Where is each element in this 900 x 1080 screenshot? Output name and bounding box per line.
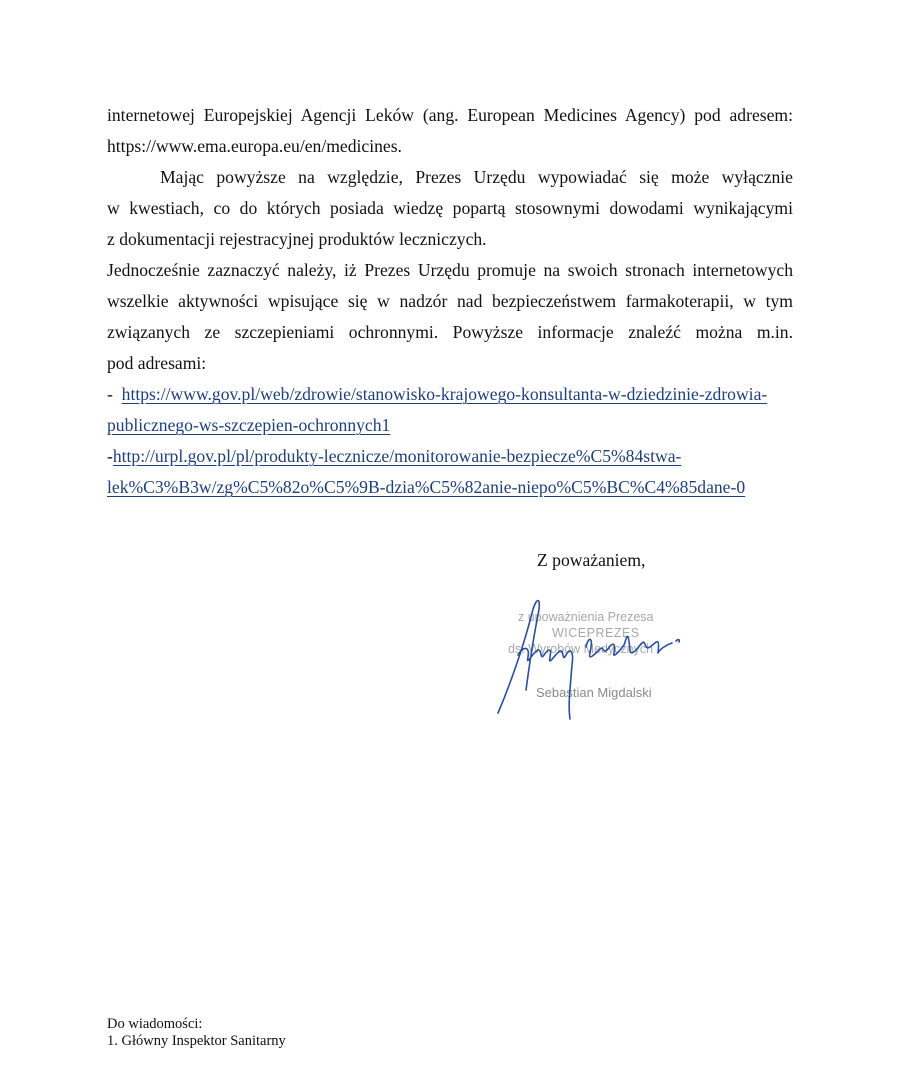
text-line: Jednocześnie zaznaczyć należy, iż Prezes… <box>107 255 793 286</box>
link-gov-pl-line2[interactable]: publicznego-ws-szczepien-ochronnych1 <box>107 415 390 435</box>
link-urpl-line2[interactable]: lek%C3%B3w/zg%C5%82o%C5%9B-dzia%C5%82ani… <box>107 477 745 497</box>
text-line: pod adresami: <box>107 348 793 379</box>
signature-stamp: z upoważnienia Prezesa WICEPREZES ds. Wy… <box>490 595 710 725</box>
text-line: związanych ze szczepieniami ochronnymi. … <box>107 317 793 348</box>
distribution-recipient: 1. Główny Inspektor Sanitarny <box>107 1033 286 1050</box>
link-item: -http://urpl.gov.pl/pl/produkty-lecznicz… <box>107 441 793 472</box>
text-line: z dokumentacji rejestracyjnej produktów … <box>107 224 793 255</box>
text-line: wszelkie aktywności wpisujące się w nadz… <box>107 286 793 317</box>
paragraph-ema: internetowej Europejskiej Agencji Leków … <box>107 100 793 162</box>
link-item-continuation: lek%C3%B3w/zg%C5%82o%C5%9B-dzia%C5%82ani… <box>107 472 793 503</box>
link-gov-pl-line1[interactable]: https://www.gov.pl/web/zdrowie/stanowisk… <box>122 384 768 404</box>
text-line: w kwestiach, co do których posiada wiedz… <box>107 193 793 224</box>
link-item-continuation: publicznego-ws-szczepien-ochronnych1 <box>107 410 793 441</box>
list-dash: - <box>107 384 122 404</box>
link-urpl-line1[interactable]: http://urpl.gov.pl/pl/produkty-lecznicze… <box>113 446 682 466</box>
distribution-heading: Do wiadomości: <box>107 1016 286 1033</box>
document-page: internetowej Europejskiej Agencji Leków … <box>0 0 900 1080</box>
text-line: Mając powyższe na względzie, Prezes Urzę… <box>107 162 793 193</box>
handwritten-signature-icon <box>490 595 710 725</box>
link-item: - https://www.gov.pl/web/zdrowie/stanowi… <box>107 379 793 410</box>
text-line: https://www.ema.europa.eu/en/medicines. <box>107 131 793 162</box>
distribution-list: Do wiadomości: 1. Główny Inspektor Sanit… <box>107 1016 286 1050</box>
paragraph-scope: Mając powyższe na względzie, Prezes Urzę… <box>107 162 793 255</box>
link-list: - https://www.gov.pl/web/zdrowie/stanowi… <box>107 379 793 503</box>
paragraph-promotion: Jednocześnie zaznaczyć należy, iż Prezes… <box>107 255 793 379</box>
text-line: internetowej Europejskiej Agencji Leków … <box>107 100 793 131</box>
closing-salutation: Z poważaniem, <box>537 550 645 571</box>
